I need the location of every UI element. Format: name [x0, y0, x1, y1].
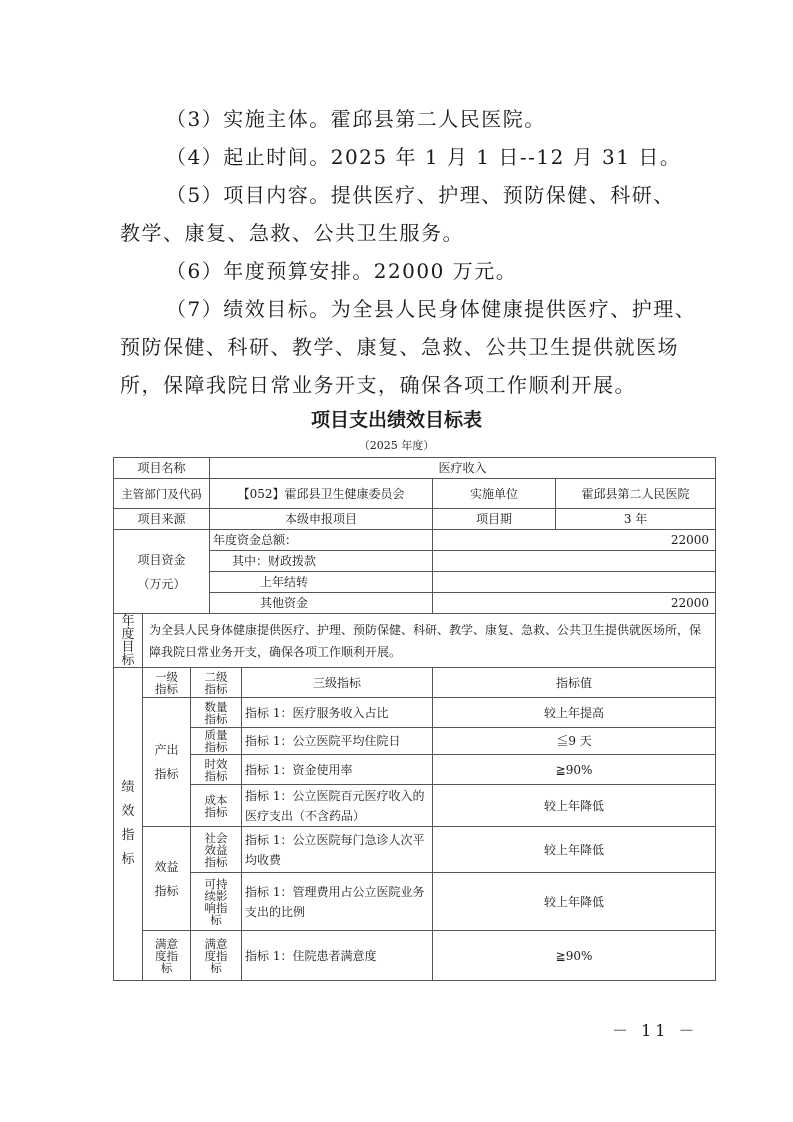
- project-name: 医疗收入: [210, 458, 716, 479]
- level2-sustainable: 可持续影响指标: [191, 873, 242, 931]
- perf-label: 绩效指标: [114, 668, 143, 981]
- fund-total-label: 年度资金总额：: [210, 530, 433, 551]
- para-3: （3）实施主体。霍邱县第二人民医院。: [120, 100, 680, 138]
- para-7-line-3: 所，保障我院日常业务开支，确保各项工作顺利开展。: [120, 366, 680, 404]
- value-quantity: 较上年提高: [433, 698, 716, 728]
- annual-goal-label: 年度目标: [114, 614, 143, 668]
- source-label: 项目来源: [114, 509, 210, 530]
- fund-carryover-label: 上年结转: [210, 572, 433, 593]
- value-quality: ≦9 天: [433, 728, 716, 755]
- level3-quantity: 指标 1：医疗服务收入占比: [242, 698, 433, 728]
- dept-label: 主管部门及代码: [114, 479, 210, 509]
- source: 本级申报项目: [210, 509, 433, 530]
- header-level3: 三级指标: [242, 668, 433, 698]
- value-sustainable: 较上年降低: [433, 873, 716, 931]
- project-name-label: 项目名称: [114, 458, 210, 479]
- level2-timeliness: 时效指标: [191, 755, 242, 785]
- level3-quality: 指标 1：公立医院平均住院日: [242, 728, 433, 755]
- level2-quantity: 数量指标: [191, 698, 242, 728]
- group-benefit: 效益指标: [143, 827, 191, 931]
- fund-carryover-value: [433, 572, 716, 593]
- value-cost: 较上年降低: [433, 785, 716, 827]
- body-paragraphs: （3）实施主体。霍邱县第二人民医院。 （4）起止时间。2025 年 1 月 1 …: [120, 100, 680, 404]
- level2-cost: 成本指标: [191, 785, 242, 827]
- group-output: 产出指标: [143, 698, 191, 827]
- header-level2: 二级指标: [191, 668, 242, 698]
- fund-fiscal-label: 其中：财政拨款: [210, 551, 433, 572]
- header-value: 指标值: [433, 668, 716, 698]
- fund-fiscal-value: [433, 551, 716, 572]
- level2-social: 社会效益指标: [191, 827, 242, 873]
- para-4: （4）起止时间。2025 年 1 月 1 日--12 月 31 日。: [120, 138, 680, 176]
- value-social: 较上年降低: [433, 827, 716, 873]
- level2-satisfaction: 满意度指标: [191, 931, 242, 981]
- page-number: － 11 －: [612, 1018, 699, 1041]
- para-5-line-2: 教学、康复、急救、公共卫生服务。: [120, 214, 680, 252]
- fund-other-label: 其他资金: [210, 593, 433, 614]
- fund-total-value: 22000: [433, 530, 716, 551]
- table-title: 项目支出绩效目标表: [0, 405, 793, 432]
- impl-unit: 霍邱县第二人民医院: [556, 479, 716, 509]
- dept: 【052】霍邱县卫生健康委员会: [210, 479, 433, 509]
- level3-timeliness: 指标 1：资金使用率: [242, 755, 433, 785]
- para-5-line-1: （5）项目内容。提供医疗、护理、预防保健、科研、: [120, 176, 680, 214]
- period-label: 项目期: [433, 509, 556, 530]
- value-satisfaction: ≧90%: [433, 931, 716, 981]
- funds-label: 项目资金: [117, 548, 206, 572]
- level3-satisfaction: 指标 1：住院患者满意度: [242, 931, 433, 981]
- para-7-line-2: 预防保健、科研、教学、康复、急救、公共卫生提供就医场: [120, 328, 680, 366]
- funds-label-cell: 项目资金 （万元）: [114, 530, 210, 614]
- level3-social: 指标 1：公立医院每门急诊人次平均收费: [242, 827, 433, 873]
- impl-unit-label: 实施单位: [433, 479, 556, 509]
- funds-unit: （万元）: [117, 572, 206, 596]
- level3-cost: 指标 1：公立医院百元医疗收入的医疗支出（不含药品）: [242, 785, 433, 827]
- performance-target-table: 项目名称 医疗收入 主管部门及代码 【052】霍邱县卫生健康委员会 实施单位 霍…: [113, 457, 716, 981]
- period: 3 年: [556, 509, 716, 530]
- level2-quality: 质量指标: [191, 728, 242, 755]
- para-6: （6）年度预算安排。22000 万元。: [120, 252, 680, 290]
- fund-other-value: 22000: [433, 593, 716, 614]
- annual-goal: 为全县人民身体健康提供医疗、护理、预防保健、科研、教学、康复、急救、公共卫生提供…: [143, 614, 716, 668]
- header-level1: 一级指标: [143, 668, 191, 698]
- group-satisfaction: 满意度指标: [143, 931, 191, 981]
- level3-sustainable: 指标 1：管理费用占公立医院业务支出的比例: [242, 873, 433, 931]
- table-subtitle: （2025 年度）: [0, 437, 793, 453]
- value-timeliness: ≧90%: [433, 755, 716, 785]
- para-7-line-1: （7）绩效目标。为全县人民身体健康提供医疗、护理、: [120, 290, 680, 328]
